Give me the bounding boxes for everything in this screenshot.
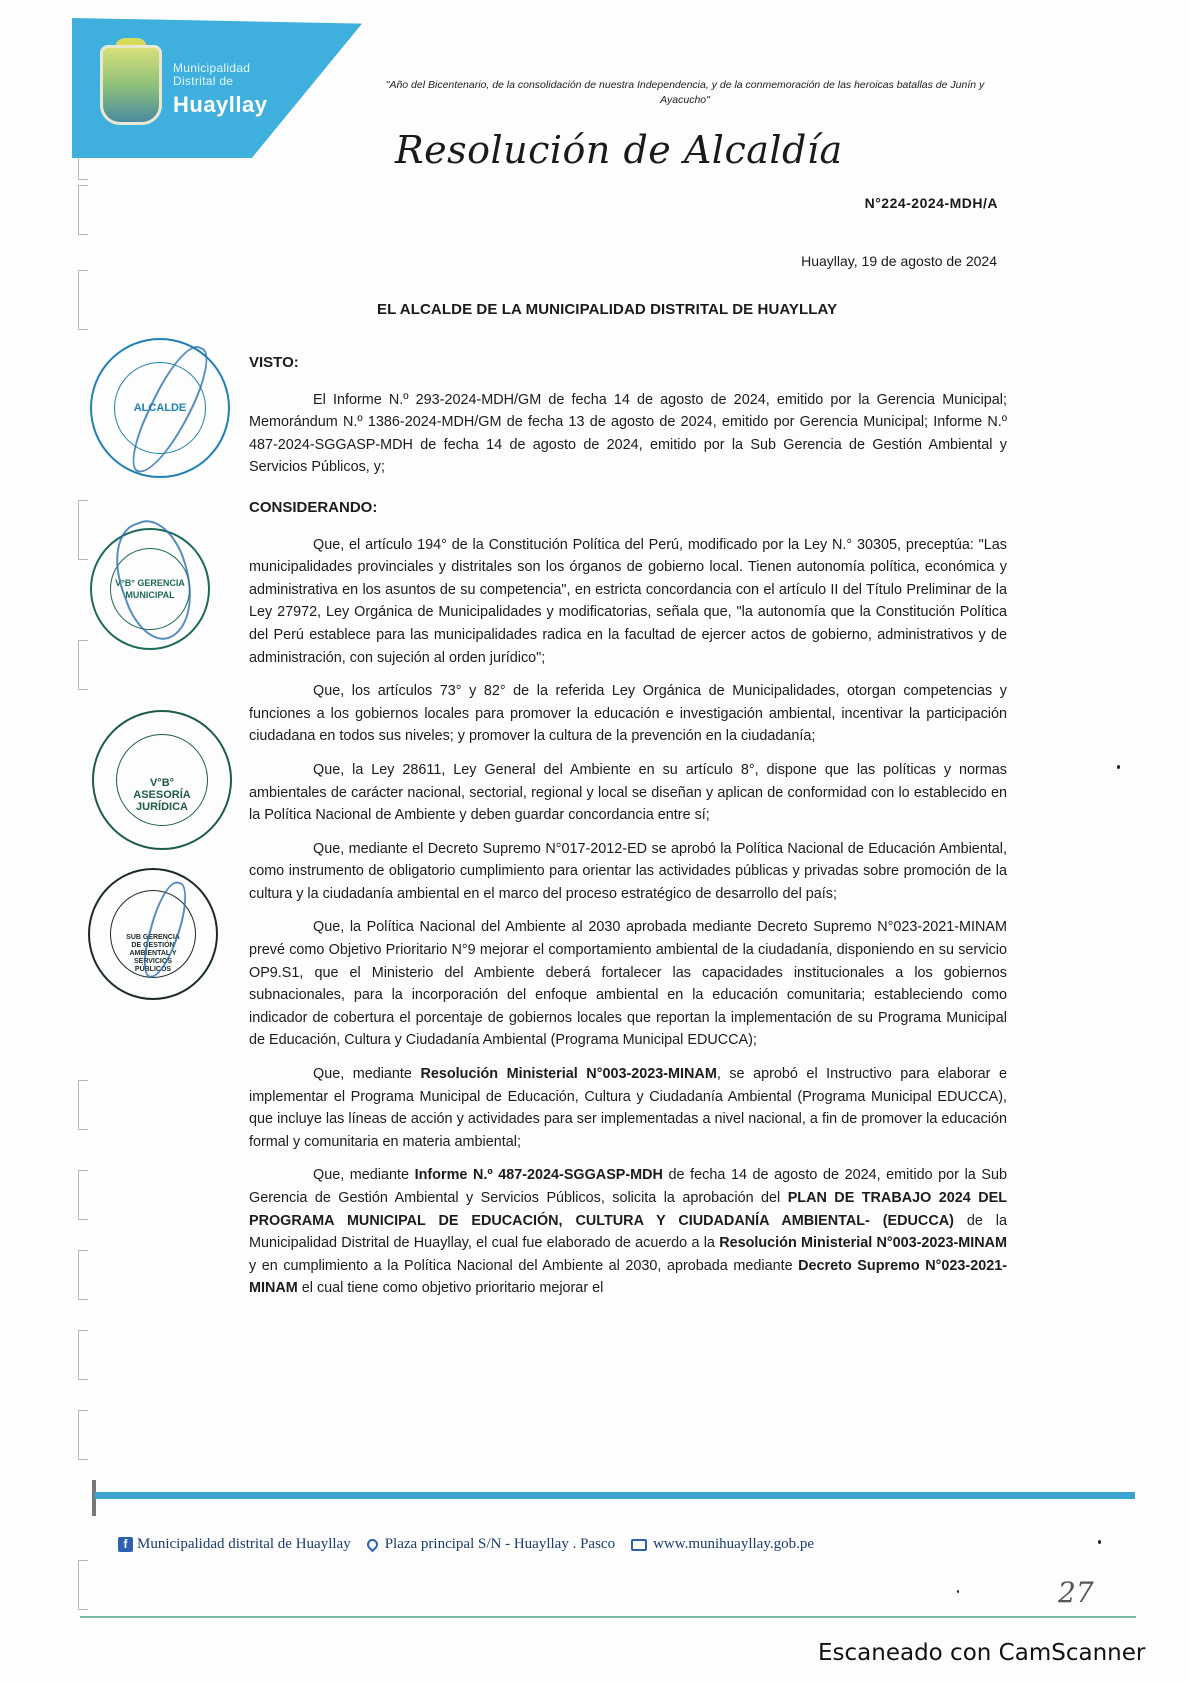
document-page: Municipalidad Distrital de Huayllay "Año… [0, 0, 1190, 1684]
footer-divider [95, 1492, 1135, 1499]
text-run: Que, mediante [313, 1066, 420, 1082]
binder-mark [78, 1330, 88, 1380]
binder-mark [78, 1170, 88, 1220]
footer-contact: f Municipalidad distrital de Huayllay Pl… [118, 1536, 824, 1553]
scan-speck [957, 1590, 959, 1593]
location-pin-icon [364, 1537, 380, 1553]
handwritten-page-number: 27 [1058, 1576, 1094, 1609]
logo-name: Huayllay [173, 92, 268, 118]
logo-subtitle: Municipalidad Distrital de [173, 62, 250, 88]
considerando-paragraph: Que, la Ley 28611, Ley General del Ambie… [249, 759, 1007, 827]
footer-website: www.munihuayllay.gob.pe [631, 1536, 814, 1553]
binder-mark [78, 1560, 88, 1610]
place-date: Huayllay, 19 de agosto de 2024 [801, 253, 997, 269]
footer-facebook: f Municipalidad distrital de Huayllay [118, 1536, 351, 1553]
year-motto: "Año del Bicentenario, de la consolidaci… [380, 78, 990, 108]
logo-line-2: Distrital de [173, 75, 250, 88]
computer-icon [631, 1539, 647, 1551]
binder-mark [78, 185, 88, 235]
facebook-icon: f [118, 1537, 133, 1552]
bold-reference: Informe N.º 487-2024-SGGASP-MDH [415, 1167, 663, 1183]
visto-paragraph: El Informe N.º 293-2024-MDH/GM de fecha … [249, 389, 1007, 479]
footer-address: Plaza principal S/N - Huayllay . Pasco [367, 1536, 615, 1553]
binder-mark [78, 270, 88, 330]
binder-mark [78, 1080, 88, 1130]
issuing-authority: EL ALCALDE DE LA MUNICIPALIDAD DISTRITAL… [377, 301, 837, 318]
scan-speck [1098, 1540, 1101, 1544]
binder-mark [78, 1250, 88, 1300]
resolution-body: VISTO: El Informe N.º 293-2024-MDH/GM de… [249, 352, 1007, 1311]
bold-reference: Resolución Ministerial N°003-2023-MINAM [719, 1235, 1007, 1251]
seal-center-text: V°B° ASESORÍA JURÍDICA [122, 777, 202, 813]
binder-mark [78, 1410, 88, 1460]
scan-speck [1117, 765, 1120, 769]
resolution-number: N°224-2024-MDH/A [865, 195, 998, 211]
facebook-text: Municipalidad distrital de Huayllay [137, 1536, 351, 1553]
crest-shield-icon [100, 45, 162, 125]
text-run: Que, mediante [313, 1167, 415, 1183]
document-title: Resolución de Alcaldía [395, 128, 843, 172]
considerando-paragraph: Que, el artículo 194° de la Constitución… [249, 534, 1007, 670]
considerando-paragraph: Que, mediante el Decreto Supremo N°017-2… [249, 838, 1007, 906]
page-bottom-line [80, 1616, 1136, 1618]
considerando-paragraph: Que, mediante Informe N.º 487-2024-SGGAS… [249, 1164, 1007, 1300]
bold-reference: Resolución Ministerial N°003-2023-MINAM [420, 1066, 716, 1082]
considerando-paragraph: Que, los artículos 73° y 82° de la refer… [249, 680, 1007, 748]
binder-mark [78, 640, 88, 690]
text-run: y en cumplimiento a la Política Nacional… [249, 1258, 798, 1274]
seal-asesoria-juridica: V°B° ASESORÍA JURÍDICA [92, 710, 232, 850]
considerando-paragraph: Que, la Política Nacional del Ambiente a… [249, 916, 1007, 1052]
address-text: Plaza principal S/N - Huayllay . Pasco [385, 1536, 615, 1553]
visto-heading: VISTO: [249, 352, 1007, 375]
binder-mark [78, 500, 88, 560]
considerando-heading: CONSIDERANDO: [249, 497, 1007, 520]
website-text: www.munihuayllay.gob.pe [653, 1536, 814, 1553]
text-run: el cual tiene como objetivo prioritario … [298, 1280, 604, 1296]
camscanner-watermark: Escaneado con CamScanner [818, 1640, 1145, 1666]
considerando-paragraph: Que, mediante Resolución Ministerial N°0… [249, 1063, 1007, 1153]
